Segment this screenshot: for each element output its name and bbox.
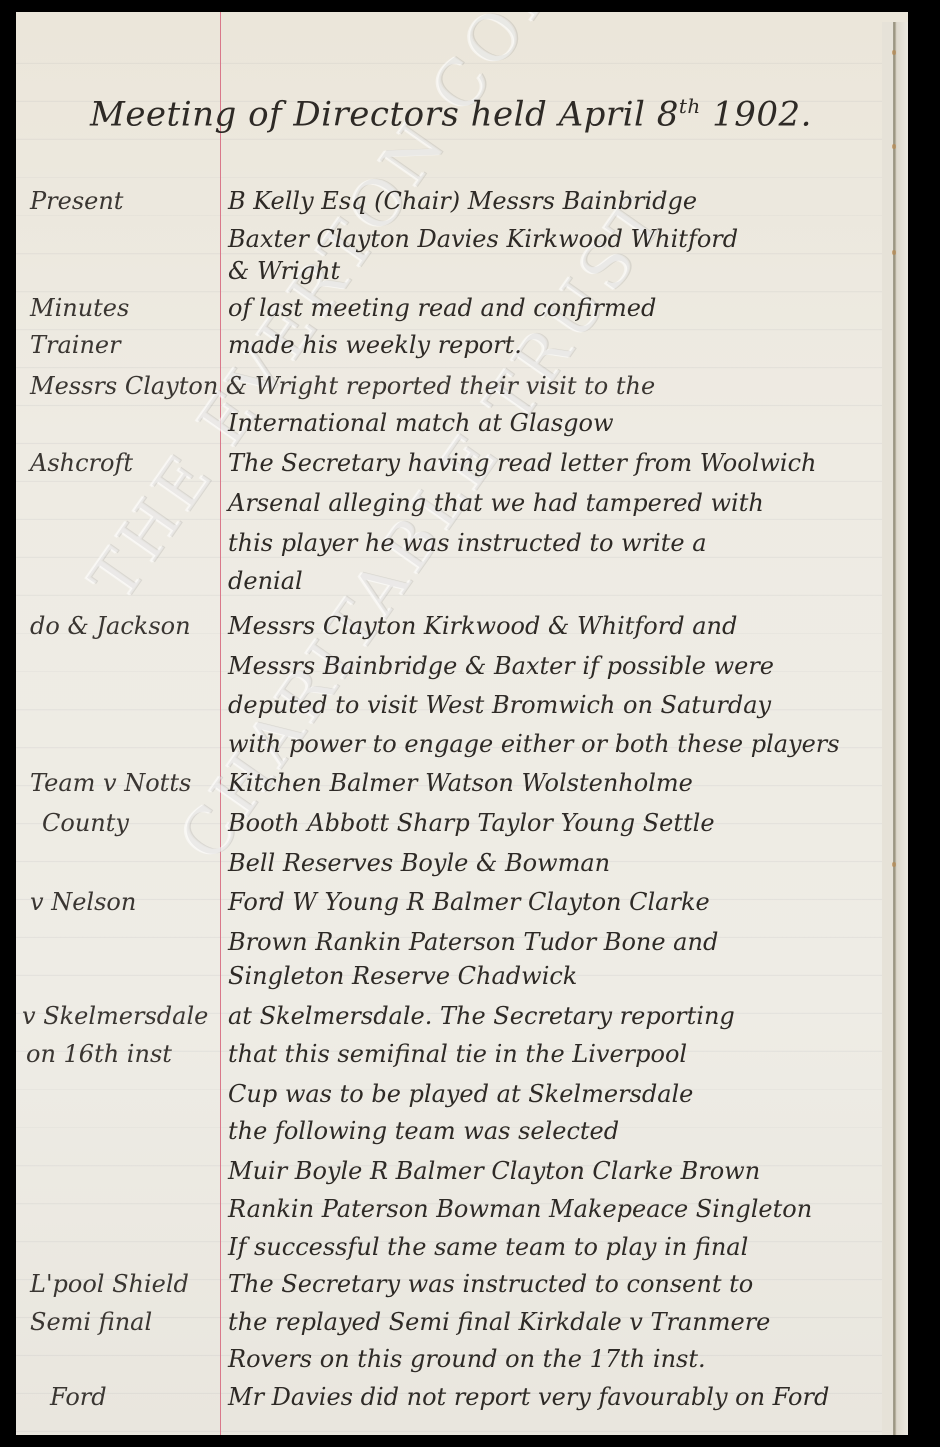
entry-label: Present bbox=[30, 182, 218, 220]
entry-label: Trainer bbox=[30, 326, 218, 364]
entry-lpool-shield: L'pool Shield The Secretary was instruct… bbox=[16, 1265, 896, 1303]
entry-ashcroft-cont: this player he was instructed to write a bbox=[16, 524, 896, 562]
entry-line: Kitchen Balmer Watson Wolstenholme bbox=[228, 764, 693, 802]
title-main: Meeting of Directors held April 8 bbox=[90, 94, 679, 134]
entry-ford: Ford Mr Davies did not report very favou… bbox=[16, 1378, 896, 1416]
foxing-spot bbox=[892, 144, 896, 149]
entry-label: v Skelmersdale bbox=[22, 997, 210, 1035]
entry-team-notts-county-cont: County Booth Abbott Sharp Taylor Young S… bbox=[16, 804, 896, 842]
entry-line: of last meeting read and confirmed bbox=[228, 289, 656, 327]
entry-team-notts-county-cont: Bell Reserves Boyle & Bowman bbox=[16, 844, 896, 882]
entry-v-nelson-cont: Brown Rankin Paterson Tudor Bone and bbox=[16, 923, 896, 961]
entry-label: do & Jackson bbox=[30, 607, 218, 645]
entry-line: Ford W Young R Balmer Clayton Clarke bbox=[228, 883, 710, 921]
entry-line: Arsenal alleging that we had tampered wi… bbox=[228, 484, 764, 522]
entry-ashcroft-cont: denial bbox=[16, 562, 896, 600]
entry-line: International match at Glasgow bbox=[228, 404, 614, 442]
entry-line: Singleton Reserve Chadwick bbox=[228, 957, 577, 995]
entry-label: Messrs Clayton & Wright reported their v… bbox=[30, 367, 655, 405]
entry-team-notts-county: Team v Notts Kitchen Balmer Watson Wolst… bbox=[16, 764, 896, 802]
entry-line: deputed to visit West Bromwich on Saturd… bbox=[228, 686, 771, 724]
entry-label: v Nelson bbox=[30, 883, 218, 921]
entry-line: Cup was to be played at Skelmersdale bbox=[228, 1075, 693, 1113]
entry-line: & Wright bbox=[228, 252, 340, 290]
entry-line: the replayed Semi final Kirkdale v Tranm… bbox=[228, 1303, 770, 1341]
minute-book-page: THE EVERTON COLLECTION CHARITABLE TRUST … bbox=[16, 12, 908, 1435]
entry-clayton-wright-cont: International match at Glasgow bbox=[16, 404, 896, 442]
entry-line: Rovers on this ground on the 17th inst. bbox=[228, 1340, 706, 1378]
entry-line: at Skelmersdale. The Secretary reporting bbox=[228, 997, 735, 1035]
title-superscript: th bbox=[679, 94, 701, 118]
entry-minutes: Minutes of last meeting read and confirm… bbox=[16, 289, 896, 327]
entry-v-skelmersdale-cont: Rankin Paterson Bowman Makepeace Singlet… bbox=[16, 1190, 896, 1228]
entry-v-skelmersdale-cont: Cup was to be played at Skelmersdale bbox=[16, 1075, 896, 1113]
entry-label: Team v Notts bbox=[30, 764, 218, 802]
entry-line: made his weekly report. bbox=[228, 326, 522, 364]
entry-line: the following team was selected bbox=[228, 1112, 619, 1150]
title-year: 1902. bbox=[701, 94, 812, 134]
entry-line: denial bbox=[228, 562, 303, 600]
entry-v-skelmersdale: v Skelmersdale at Skelmersdale. The Secr… bbox=[16, 997, 896, 1035]
entry-lpool-shield-cont: Rovers on this ground on the 17th inst. bbox=[16, 1340, 896, 1378]
entry-v-nelson-cont: Singleton Reserve Chadwick bbox=[16, 957, 896, 995]
entry-v-skelmersdale-cont: Muir Boyle R Balmer Clayton Clarke Brown bbox=[16, 1152, 896, 1190]
entry-line: The Secretary was instructed to consent … bbox=[228, 1265, 753, 1303]
entry-v-skelmersdale-cont: If successful the same team to play in f… bbox=[16, 1228, 896, 1266]
entry-jackson-cont: Messrs Bainbridge & Baxter if possible w… bbox=[16, 647, 896, 685]
entry-label: L'pool Shield bbox=[30, 1265, 218, 1303]
entry-line: Bell Reserves Boyle & Bowman bbox=[228, 844, 610, 882]
entry-trainer: Trainer made his weekly report. bbox=[16, 326, 896, 364]
entry-line: that this semifinal tie in the Liverpool bbox=[228, 1035, 687, 1073]
scan-frame: THE EVERTON COLLECTION CHARITABLE TRUST … bbox=[0, 0, 940, 1447]
entry-jackson-cont: with power to engage either or both thes… bbox=[16, 725, 896, 763]
entry-ashcroft: Ashcroft The Secretary having read lette… bbox=[16, 444, 896, 482]
entry-clayton-wright: Messrs Clayton & Wright reported their v… bbox=[16, 367, 896, 405]
foxing-spot bbox=[892, 50, 896, 55]
entry-label-2: County bbox=[42, 804, 230, 842]
entry-label: Ford bbox=[50, 1378, 238, 1416]
entry-jackson-cont: deputed to visit West Bromwich on Saturd… bbox=[16, 686, 896, 724]
entry-v-nelson: v Nelson Ford W Young R Balmer Clayton C… bbox=[16, 883, 896, 921]
entry-label: Ashcroft bbox=[30, 444, 218, 482]
entry-present-cont: & Wright bbox=[16, 252, 896, 290]
entry-jackson: do & Jackson Messrs Clayton Kirkwood & W… bbox=[16, 607, 896, 645]
entry-line: B Kelly Esq (Chair) Messrs Bainbridge bbox=[228, 182, 697, 220]
entry-line: Rankin Paterson Bowman Makepeace Singlet… bbox=[228, 1190, 812, 1228]
entry-line: If successful the same team to play in f… bbox=[228, 1228, 748, 1266]
entry-v-skelmersdale-cont: on 16th inst that this semifinal tie in … bbox=[16, 1035, 896, 1073]
entry-label-2: Semi final bbox=[30, 1303, 218, 1341]
entry-line: Booth Abbott Sharp Taylor Young Settle bbox=[228, 804, 715, 842]
entry-line: this player he was instructed to write a bbox=[228, 524, 707, 562]
entry-line: with power to engage either or both thes… bbox=[228, 725, 840, 763]
entry-line: The Secretary having read letter from Wo… bbox=[228, 444, 817, 482]
entry-label-2: on 16th inst bbox=[26, 1035, 214, 1073]
entry-present: Present B Kelly Esq (Chair) Messrs Bainb… bbox=[16, 182, 896, 220]
entry-lpool-shield-cont: Semi final the replayed Semi final Kirkd… bbox=[16, 1303, 896, 1341]
entry-ashcroft-cont: Arsenal alleging that we had tampered wi… bbox=[16, 484, 896, 522]
entry-line: Messrs Bainbridge & Baxter if possible w… bbox=[228, 647, 774, 685]
entry-line: Muir Boyle R Balmer Clayton Clarke Brown bbox=[228, 1152, 760, 1190]
entry-v-skelmersdale-cont: the following team was selected bbox=[16, 1112, 896, 1150]
page-title: Meeting of Directors held April 8th 1902… bbox=[90, 94, 812, 134]
entry-line: Mr Davies did not report very favourably… bbox=[228, 1378, 829, 1416]
entry-label: Minutes bbox=[30, 289, 218, 327]
entry-line: Brown Rankin Paterson Tudor Bone and bbox=[228, 923, 718, 961]
entry-line: Messrs Clayton Kirkwood & Whitford and bbox=[228, 607, 737, 645]
